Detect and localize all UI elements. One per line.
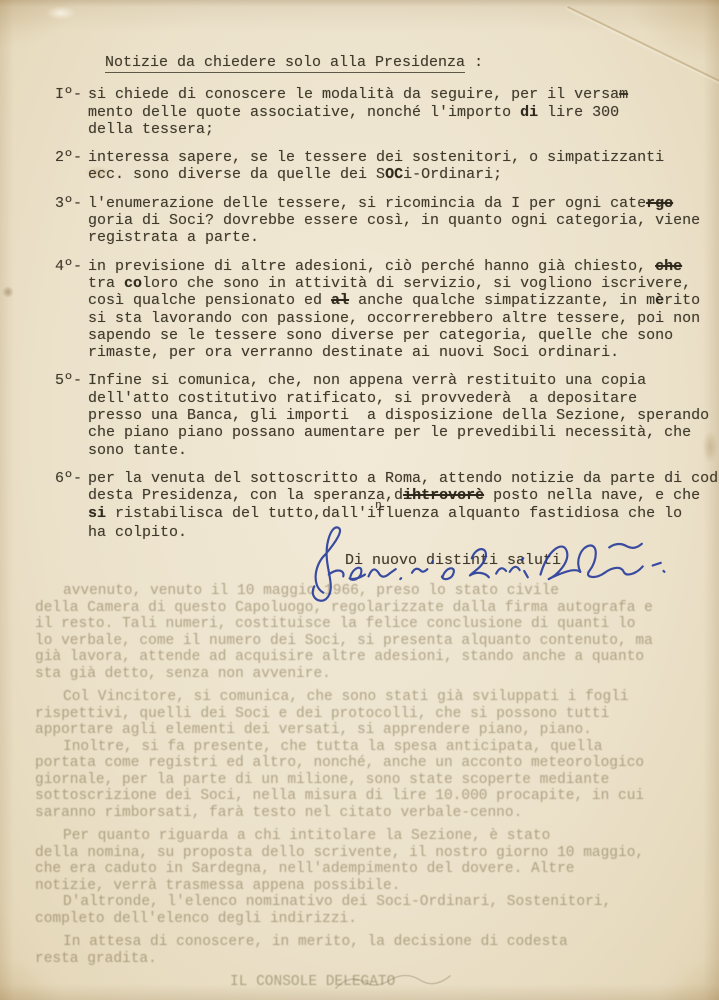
item-line: in previsione di altre adesioni, ciò per… [88,258,700,275]
ghost-line: notizie, verrà trasmessa appena possibil… [35,878,697,895]
scanned-letter-page: avvenuto, venuto il 10 maggio 1966, pres… [0,0,719,1000]
letter-content: Notizie da chiedere solo alla Presidenza… [0,0,719,569]
ghost-line: In attesa di conoscere, in merito, la de… [35,934,697,951]
ghost-line: che era caduto in Sardegna, nell'adempim… [35,861,697,878]
item-line: ecc. sono diverse da quelle dei SOCi-Ord… [88,166,699,183]
item-line: rimaste, per ora verranno destinate ai n… [88,344,700,361]
item-line: così qualche pensionato ed al anche qual… [88,292,700,309]
ghost-line: già lavora, attende ad acquisire altre a… [35,649,697,666]
title-text: Notizie da chiedere solo alla Presidenza [105,54,465,73]
ghost-line: saranno rimborsati, farà testo nel citat… [35,805,697,822]
list-item: 4º-in previsione di altre adesioni, ciò … [55,258,699,362]
items-list: Iº-si chiede di conoscere le modalità da… [55,86,699,541]
ghost-line: Col Vincitore, si comunica, che sono sta… [35,689,697,706]
item-marker: 6º- [55,470,88,541]
ghost-line: sottoscrizione dei Soci, nella misura di… [35,788,697,805]
item-line: sono tante. [88,442,709,459]
ghost-line: giornale, per la parte di un milione, so… [35,772,697,789]
item-line: tra coloro che sono in attività di servi… [88,275,700,292]
item-line: che piano piano possano aumentare per le… [88,424,709,441]
item-marker: 5º- [55,372,88,458]
item-line: per la venuta del sottoscritto a Roma, a… [88,470,719,487]
faint-pen-mark [330,966,460,996]
handwritten-signature [298,520,678,602]
ghost-line: apportare agli elementi dei versati, si … [35,722,697,739]
item-line: mento delle quote associative, nonché l'… [88,104,699,121]
document-title: Notizie da chiedere solo alla Presidenza… [105,54,699,71]
list-item: 2º-interessa sapere, se le tessere dei s… [55,149,699,184]
item-line: interessa sapere, se le tessere dei sost… [88,149,699,166]
item-line: si chiede di conoscere le modalità da se… [88,86,699,103]
ghost-line: completo dell'elenco degli indirizzi. [35,911,697,928]
ghost-line: portata come registri ed altro, nonché, … [35,755,697,772]
ghost-line: della nomina, su proposta dello scrivent… [35,845,697,862]
item-line: Infine si comunica, che, non appena verr… [88,372,709,389]
item-line: registrata a parte. [88,229,700,246]
title-colon: : [465,54,483,71]
ghost-line: sta già detto, senza non avvenire. [35,666,697,683]
list-item: Iº-si chiede di conoscere le modalità da… [55,86,699,138]
item-line: l'enumerazione delle tessere, si ricomin… [88,195,700,212]
item-marker: 2º- [55,149,88,184]
list-item: 3º-l'enumerazione delle tessere, si rico… [55,195,699,247]
ghost-line: D'altronde, l'elenco nominativo dei Soci… [35,894,697,911]
ghost-line: resta gradita. [35,951,697,968]
item-line: sapendo se le tessere sono diverse per c… [88,327,700,344]
ghost-line: rispettivi, quelli dei Soci e dei protoc… [35,706,697,723]
item-marker: Iº- [55,86,88,138]
ghost-line: Inoltre, si fa presente, che tutta la sp… [35,739,697,756]
item-marker: 3º- [55,195,88,247]
item-marker: 4º- [55,258,88,362]
item-line: dell'atto costitutivo ratificato, si pro… [88,390,709,407]
item-line: della tessera; [88,121,699,138]
item-line: goria di Soci? dovrebbe essere così, in … [88,212,700,229]
list-item: 5º-Infine si comunica, che, non appena v… [55,372,699,458]
ghost-line: lo verbale, come il numero dei Soci, si … [35,633,697,650]
ghost-line: Per quanto riguarda a chi intitolare la … [35,828,697,845]
bleed-through-text: avvenuto, venuto il 10 maggio 1966, pres… [35,583,697,991]
item-line: presso una Banca, gli importi a disposiz… [88,407,709,424]
ghost-line: il resto. Tali numeri, costituisce la fe… [35,616,697,633]
item-line: desta Presidenza, con la speranza,dihtro… [88,487,719,504]
item-line: si sta lavorando con passione, occorrere… [88,310,700,327]
